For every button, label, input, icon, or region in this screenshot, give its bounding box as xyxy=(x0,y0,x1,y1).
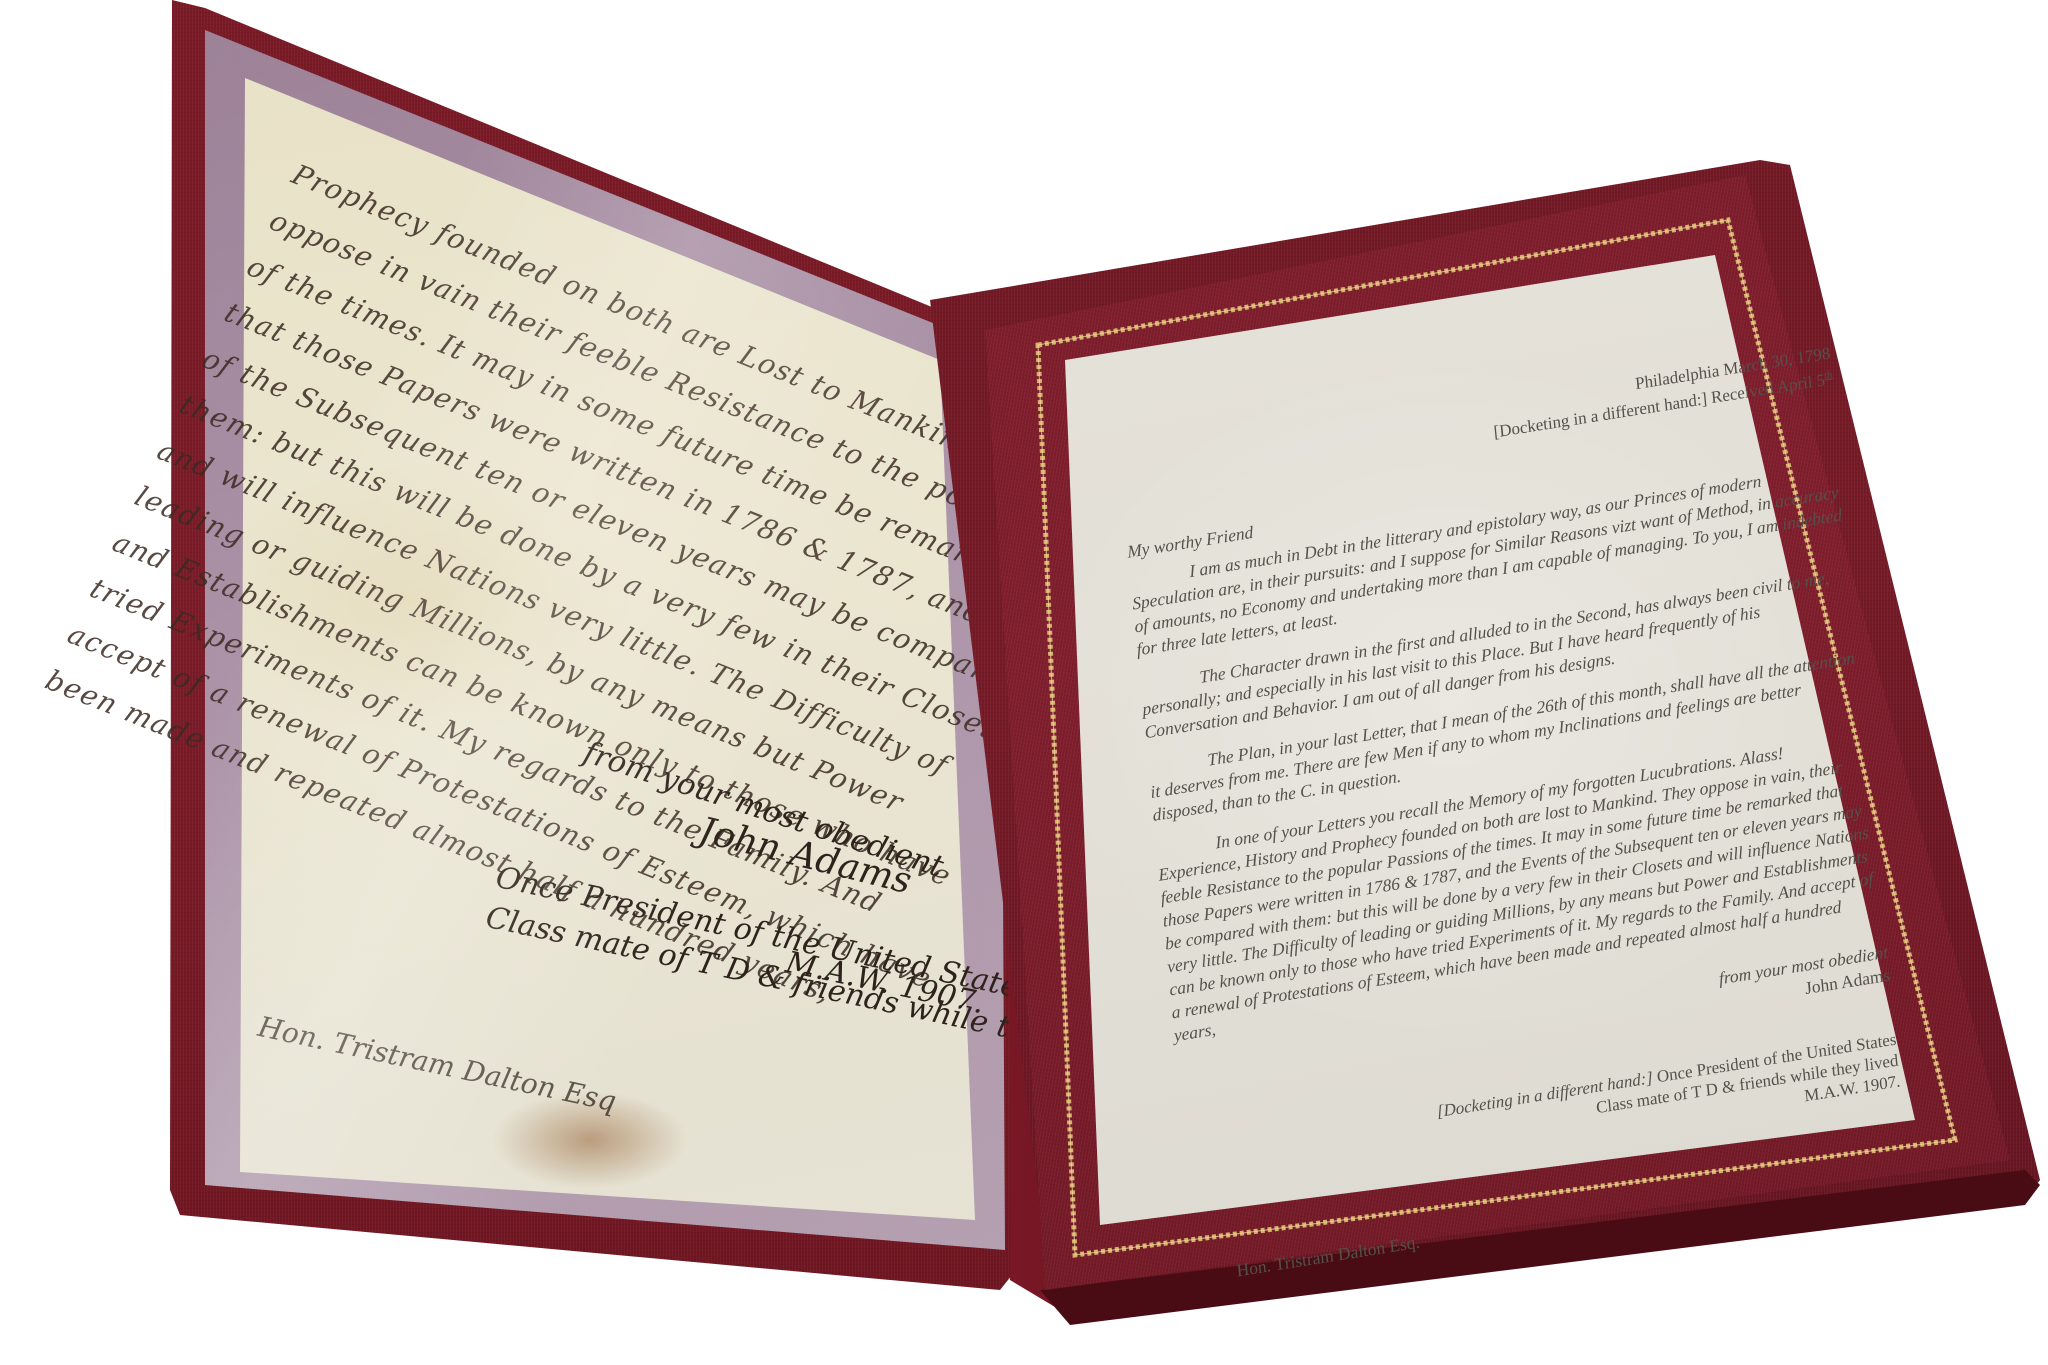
typed-transcription: Philadelphia March 30, 1798 [Docketing i… xyxy=(1118,342,1909,1288)
received-docket-sup: th xyxy=(1824,369,1833,381)
presentation-folder: Prophecy founded on both are Lost to Man… xyxy=(0,0,2048,1365)
